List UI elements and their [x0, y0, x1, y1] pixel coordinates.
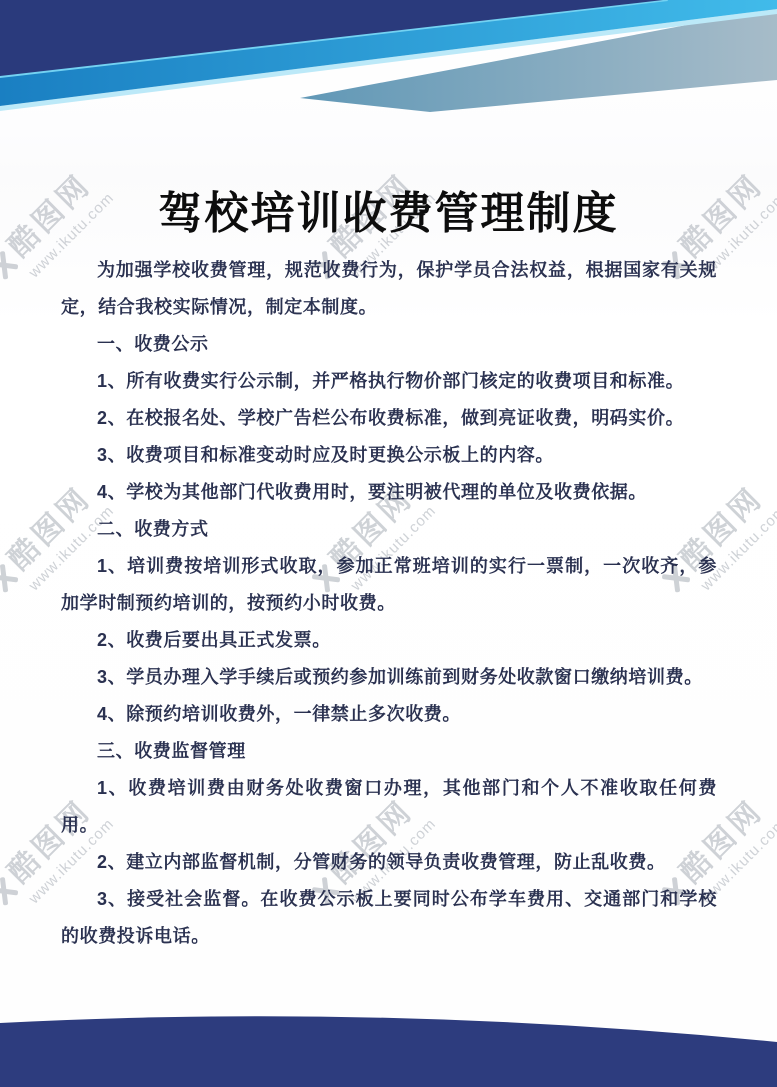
paragraph: 3、收费项目和标准变动时应及时更换公示板上的内容。 — [61, 437, 717, 474]
header-banner-graphic — [0, 0, 777, 120]
header-banner — [0, 0, 777, 120]
paragraph: 4、除预约培训收费外，一律禁止多次收费。 — [61, 696, 717, 733]
page-title: 驾校培训收费管理制度 — [0, 177, 777, 241]
paragraph: 3、接受社会监督。在收费公示板上要同时公布学车费用、交通部门和学校的收费投诉电话… — [61, 881, 717, 955]
poster-page: 酷图网 www.ikutu.com 酷图网 www.ikutu.com 酷图网 … — [0, 0, 777, 1087]
paragraph: 2、在校报名处、学校广告栏公布收费标准，做到亮证收费，明码实价。 — [61, 400, 717, 437]
ikutu-logo-icon — [0, 873, 22, 910]
section-heading-2: 二、收费方式 — [61, 511, 717, 548]
paragraph: 3、学员办理入学手续后或预约参加训练前到财务处收款窗口缴纳培训费。 — [61, 659, 717, 696]
paragraph: 1、收费培训费由财务处收费窗口办理，其他部门和个人不准收取任何费用。 — [61, 770, 717, 844]
section-heading-1: 一、收费公示 — [61, 326, 717, 363]
paragraph: 2、建立内部监督机制，分管财务的领导负责收费管理，防止乱收费。 — [61, 844, 717, 881]
document-body: 为加强学校收费管理，规范收费行为，保护学员合法权益，根据国家有关规定，结合我校实… — [61, 252, 717, 955]
footer-wave — [0, 995, 777, 1087]
section-heading-3: 三、收费监督管理 — [61, 733, 717, 770]
footer-wave-graphic — [0, 995, 777, 1087]
paragraph: 2、收费后要出具正式发票。 — [61, 622, 717, 659]
ikutu-logo-icon — [0, 247, 22, 284]
paragraph: 1、培训费按培训形式收取，参加正常班培训的实行一票制，一次收齐，参加学时制预约培… — [61, 548, 717, 622]
paragraph-intro: 为加强学校收费管理，规范收费行为，保护学员合法权益，根据国家有关规定，结合我校实… — [61, 252, 717, 326]
paragraph: 4、学校为其他部门代收费用时，要注明被代理的单位及收费依据。 — [61, 474, 717, 511]
ikutu-logo-icon — [0, 560, 22, 597]
paragraph: 1、所有收费实行公示制，并严格执行物价部门核定的收费项目和标准。 — [61, 363, 717, 400]
